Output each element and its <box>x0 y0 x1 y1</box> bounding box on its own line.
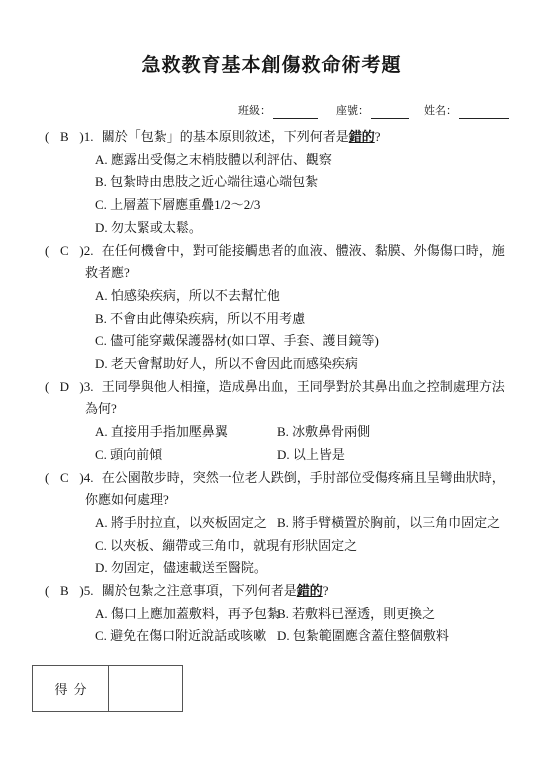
option-a: A. 怕感染疾病，所以不去幫忙他 <box>0 285 543 308</box>
option-d: D. 包紮範圍應含蓋住整個敷料 <box>277 625 543 648</box>
answer-letter: C <box>49 467 79 490</box>
question-1-stem-line: (B)1.關於「包紮」的基本原則敘述，下列何者是錯的? <box>0 126 543 149</box>
option-b: B. 將手臂橫置於胸前，以三角巾固定之 <box>277 512 543 535</box>
question-number: 5. <box>84 580 102 603</box>
question-3: (D)3.王同學與他人相撞，造成鼻出血，王同學對於其鼻出血之控制處理方法 為何?… <box>0 376 543 467</box>
question-stem: 關於包紮之注意事項，下列何者是錯的? <box>102 580 329 603</box>
option-b: B. 不會由此傳染疾病，所以不用考慮 <box>0 308 543 331</box>
question-4: (C)4.在公園散步時，突然一位老人跌倒，手肘部位受傷疼痛且呈彎曲狀時， 你應如… <box>0 467 543 581</box>
option-b: B. 包紮時由患肢之近心端往遠心端包紮 <box>0 171 543 194</box>
option-a: A. 將手肘拉直，以夾板固定之 <box>95 512 277 535</box>
option-c: C. 儘可能穿戴保護器材(如口罩、手套、護目鏡等) <box>0 330 543 353</box>
question-number: 4. <box>84 467 102 490</box>
stem-text: 關於包紮之注意事項，下列何者是 <box>102 583 297 598</box>
question-5-stem-line: (B)5.關於包紮之注意事項，下列何者是錯的? <box>0 580 543 603</box>
stem-suffix: ? <box>375 129 381 144</box>
question-1: (B)1.關於「包紮」的基本原則敘述，下列何者是錯的? A. 應露出受傷之末梢肢… <box>0 126 543 240</box>
stem-suffix: ? <box>323 583 329 598</box>
answer-letter: B <box>49 126 79 149</box>
question-list: (B)1.關於「包紮」的基本原則敘述，下列何者是錯的? A. 應露出受傷之末梢肢… <box>0 126 543 648</box>
option-b: B. 冰敷鼻骨兩側 <box>277 421 543 444</box>
seat-blank-field <box>371 106 409 119</box>
student-info-row: 班級：座號：姓名： <box>238 103 543 119</box>
answer-letter: D <box>49 376 79 399</box>
option-d: D. 老天會幫助好人，所以不會因此而感染疾病 <box>0 353 543 376</box>
question-number: 2. <box>84 240 102 263</box>
stem-emphasis: 錯的 <box>297 583 323 598</box>
stem-text: 關於「包紮」的基本原則敘述，下列何者是 <box>102 129 349 144</box>
question-number: 3. <box>84 376 102 399</box>
name-label: 姓名： <box>424 105 457 117</box>
option-row-ab: A. 直接用手指加壓鼻翼 B. 冰敷鼻骨兩側 <box>0 421 543 444</box>
class-label: 班級： <box>238 105 271 117</box>
option-d: D. 勿太緊或太鬆。 <box>0 217 543 240</box>
question-3-stem-line: (D)3.王同學與他人相撞，造成鼻出血，王同學對於其鼻出血之控制處理方法 <box>0 376 543 399</box>
name-blank-field <box>459 106 509 119</box>
question-stem-line2: 為何? <box>0 398 543 421</box>
option-b: B. 若敷料已溼透，則更換之 <box>277 603 543 626</box>
option-c: C. 以夾板、繃帶或三角巾，就現有形狀固定之 <box>0 535 543 558</box>
option-c: C. 上層蓋下層應重疊1/2～2/3 <box>0 194 543 217</box>
option-a: A. 應露出受傷之末梢肢體以利評估、觀察 <box>0 149 543 172</box>
question-number: 1. <box>84 126 102 149</box>
answer-letter: C <box>49 240 79 263</box>
page-title: 急救教育基本創傷救命術考題 <box>0 0 543 79</box>
option-row-ab: A. 傷口上應加蓋敷料，再予包紮 B. 若敷料已溼透，則更換之 <box>0 603 543 626</box>
question-2: (C)2.在任何機會中，對可能接觸患者的血液、體液、黏膜、外傷傷口時，施 救者應… <box>0 240 543 376</box>
option-a: A. 直接用手指加壓鼻翼 <box>95 421 277 444</box>
score-table: 得分 <box>32 665 183 712</box>
question-stem-line2: 你應如何處理? <box>0 489 543 512</box>
score-value-blank <box>109 666 182 711</box>
question-2-stem-line: (C)2.在任何機會中，對可能接觸患者的血液、體液、黏膜、外傷傷口時，施 <box>0 240 543 263</box>
stem-emphasis: 錯的 <box>349 129 375 144</box>
option-row-cd: C. 頭向前傾 D. 以上皆是 <box>0 444 543 467</box>
option-c: C. 頭向前傾 <box>95 444 277 467</box>
option-d: D. 勿固定，儘速載送至醫院。 <box>0 557 543 580</box>
question-stem: 在公園散步時，突然一位老人跌倒，手肘部位受傷疼痛且呈彎曲狀時， <box>102 467 505 490</box>
option-d: D. 以上皆是 <box>277 444 543 467</box>
question-stem: 關於「包紮」的基本原則敘述，下列何者是錯的? <box>102 126 381 149</box>
option-a: A. 傷口上應加蓋敷料，再予包紮 <box>95 603 277 626</box>
question-stem: 王同學與他人相撞，造成鼻出血，王同學對於其鼻出血之控制處理方法 <box>102 376 505 399</box>
exam-page: 急救教育基本創傷救命術考題 班級：座號：姓名： (B)1.關於「包紮」的基本原則… <box>0 0 543 768</box>
class-blank-field <box>273 106 318 119</box>
question-4-stem-line: (C)4.在公園散步時，突然一位老人跌倒，手肘部位受傷疼痛且呈彎曲狀時， <box>0 467 543 490</box>
option-row-ab: A. 將手肘拉直，以夾板固定之 B. 將手臂橫置於胸前，以三角巾固定之 <box>0 512 543 535</box>
question-5: (B)5.關於包紮之注意事項，下列何者是錯的? A. 傷口上應加蓋敷料，再予包紮… <box>0 580 543 648</box>
option-c: C. 避免在傷口附近說話或咳嗽 <box>95 625 277 648</box>
seat-label: 座號： <box>336 105 369 117</box>
question-stem: 在任何機會中，對可能接觸患者的血液、體液、黏膜、外傷傷口時，施 <box>102 240 505 263</box>
question-stem-line2: 救者應? <box>0 262 543 285</box>
answer-letter: B <box>49 580 79 603</box>
option-row-cd: C. 避免在傷口附近說話或咳嗽 D. 包紮範圍應含蓋住整個敷料 <box>0 625 543 648</box>
score-label: 得分 <box>33 666 109 711</box>
